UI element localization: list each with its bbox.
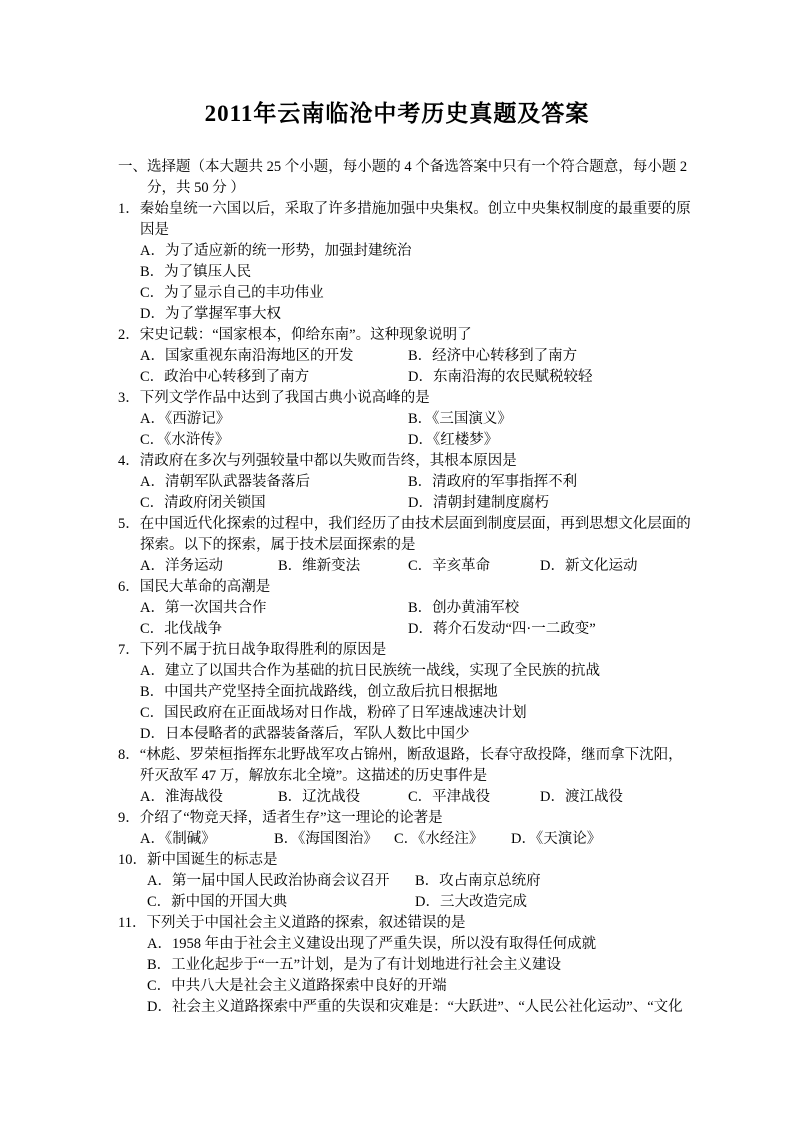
option-row: A．国家重视东南沿海地区的开发B．经济中心转移到了南方 — [118, 346, 704, 367]
option-row: C．《水浒传》D．《红楼梦》 — [118, 430, 704, 451]
question: 4．清政府在多次与列强较量中都以失败而告终，其根本原因是A．清朝军队武器装备落后… — [118, 451, 704, 514]
question-number: 6． — [118, 579, 140, 595]
question: 5．在中国近代化探索的过程中，我们经历了由技术层面到制度层面，再到思想文化层面的… — [118, 514, 704, 577]
option-item: B．《海国图治》 — [274, 829, 394, 850]
option-row: D．日本侵略者的武器装备落后，军队人数比中国少 — [118, 724, 704, 745]
question-stem-line: 5．在中国近代化探索的过程中，我们经历了由技术层面到制度层面，再到思想文化层面的 — [118, 514, 704, 535]
option-item: A．《西游记》 — [140, 409, 408, 430]
option-item: C．为了显示自己的丰功伟业 — [140, 283, 704, 304]
question-number: 7． — [118, 642, 140, 658]
option-row: A．为了适应新的统一形势，加强封建统治 — [118, 241, 704, 262]
question-stem-line: 9．介绍了“物竞天择，适者生存”这一理论的论著是 — [118, 808, 704, 829]
question-number: 2． — [118, 327, 140, 343]
option-item: D．为了掌握军事大权 — [140, 304, 704, 325]
section-heading-line: 一、选择题（本大题共 25 个小题，每小题的 4 个备选答案中只有一个符合题意，… — [118, 157, 704, 178]
option-item: B．创办黄浦军校 — [408, 598, 704, 619]
option-item: D．《红楼梦》 — [408, 430, 704, 451]
option-item: D．《天演论》 — [511, 829, 704, 850]
option-item: A．第一次国共合作 — [140, 598, 408, 619]
question-stem-text: 在中国近代化探索的过程中，我们经历了由技术层面到制度层面，再到思想文化层面的 — [140, 516, 691, 532]
option-item: C．北伐战争 — [140, 619, 408, 640]
question-stem-line: 7．下列不属于抗日战争取得胜利的原因是 — [118, 640, 704, 661]
question: 6．国民大革命的高潮是A．第一次国共合作B．创办黄浦军校C．北伐战争D．蒋介石发… — [118, 577, 704, 640]
question-stem-text: 下列关于中国社会主义道路的探索，叙述错误的是 — [146, 915, 465, 931]
option-item: A．淮海战役 — [140, 787, 278, 808]
question: 10．新中国诞生的标志是A．第一届中国人民政治协商会议召开B．攻占南京总统府C．… — [118, 850, 704, 913]
option-row: B．中国共产党坚持全面抗战路线，创立敌后抗日根据地 — [118, 682, 704, 703]
option-row: C．为了显示自己的丰功伟业 — [118, 283, 704, 304]
question-number: 11． — [118, 915, 146, 931]
option-item: B．《三国演义》 — [408, 409, 704, 430]
option-row: A．建立了以国共合作为基础的抗日民族统一战线，实现了全民族的抗战 — [118, 661, 704, 682]
question-stem-text: 宋史记载：“国家根本，仰给东南”。这种现象说明了 — [140, 327, 472, 343]
question-stem-line: 探索。以下的探索，属于技术层面探索的是 — [118, 535, 704, 556]
question-stem-line: 4．清政府在多次与列强较量中都以失败而告终，其根本原因是 — [118, 451, 704, 472]
question: 9．介绍了“物竞天择，适者生存”这一理论的论著是A．《制碱》B．《海国图治》C．… — [118, 808, 704, 850]
option-item: A．建立了以国共合作为基础的抗日民族统一战线，实现了全民族的抗战 — [140, 661, 704, 682]
question-stem-line: 6．国民大革命的高潮是 — [118, 577, 704, 598]
option-item: D．社会主义道路探索中严重的失误和灾难是：“大跃进”、“人民公社化运动”、“文化 — [147, 997, 704, 1018]
option-item: C．《水浒传》 — [140, 430, 408, 451]
question-number: 10． — [118, 852, 147, 868]
question-stem-text: 清政府在多次与列强较量中都以失败而告终，其根本原因是 — [140, 453, 517, 469]
question-stem-line: 歼灭敌军 47 万，解放东北全境”。这描述的历史事件是 — [118, 766, 704, 787]
option-item: A．国家重视东南沿海地区的开发 — [140, 346, 408, 367]
question-stem-line: 10．新中国诞生的标志是 — [118, 850, 704, 871]
option-item: B．中国共产党坚持全面抗战路线，创立敌后抗日根据地 — [140, 682, 704, 703]
question: 11．下列关于中国社会主义道路的探索，叙述错误的是A．1958 年由于社会主义建… — [118, 913, 704, 1018]
option-row: A．1958 年由于社会主义建设出现了严重失误，所以没有取得任何成就 — [118, 934, 704, 955]
option-row: C．新中国的开国大典D．三大改造完成 — [118, 892, 704, 913]
option-item: A．为了适应新的统一形势，加强封建统治 — [140, 241, 704, 262]
option-row: A．第一次国共合作B．创办黄浦军校 — [118, 598, 704, 619]
section-heading: 一、选择题（本大题共 25 个小题，每小题的 4 个备选答案中只有一个符合题意，… — [118, 157, 704, 199]
page-title: 2011年云南临沧中考历史真题及答案 — [0, 0, 794, 128]
option-item: B．攻占南京总统府 — [415, 871, 704, 892]
question-stem-text: 新中国诞生的标志是 — [147, 852, 278, 868]
option-row: A．《制碱》B．《海国图治》C．《水经注》D．《天演论》 — [118, 829, 704, 850]
question: 2．宋史记载：“国家根本，仰给东南”。这种现象说明了A．国家重视东南沿海地区的开… — [118, 325, 704, 388]
question-stem-line: 8．“林彪、罗荣桓指挥东北野战军攻占锦州，断敌退路，长春守敌投降，继而拿下沈阳， — [118, 745, 704, 766]
question-stem-line: 11．下列关于中国社会主义道路的探索，叙述错误的是 — [118, 913, 704, 934]
question: 8．“林彪、罗荣桓指挥东北野战军攻占锦州，断敌退路，长春守敌投降，继而拿下沈阳，… — [118, 745, 704, 808]
option-row: C．清政府闭关锁国D．清朝封建制度腐朽 — [118, 493, 704, 514]
option-row: A．《西游记》B．《三国演义》 — [118, 409, 704, 430]
question-number: 1． — [118, 201, 140, 217]
option-item: C．中共八大是社会主义道路探索中良好的开端 — [147, 976, 704, 997]
question-stem-text: 介绍了“物竞天择，适者生存”这一理论的论著是 — [140, 810, 443, 826]
question-stem-text: “林彪、罗荣桓指挥东北野战军攻占锦州，断敌退路，长春守敌投降，继而拿下沈阳， — [140, 747, 683, 763]
question: 7．下列不属于抗日战争取得胜利的原因是A．建立了以国共合作为基础的抗日民族统一战… — [118, 640, 704, 745]
option-item: B．工业化起步于“一五”计划，是为了有计划地进行社会主义建设 — [147, 955, 704, 976]
option-item: D．日本侵略者的武器装备落后，军队人数比中国少 — [140, 724, 704, 745]
option-item: B．清政府的军事指挥不利 — [408, 472, 704, 493]
option-item: C．平津战役 — [408, 787, 540, 808]
question-stem-line: 2．宋史记载：“国家根本，仰给东南”。这种现象说明了 — [118, 325, 704, 346]
option-item: C．清政府闭关锁国 — [140, 493, 408, 514]
option-row: A．洋务运动B．维新变法C．辛亥革命D．新文化运动 — [118, 556, 704, 577]
option-row: A．淮海战役B．辽沈战役C．平津战役D．渡江战役 — [118, 787, 704, 808]
option-item: D．蒋介石发动“四·一二政变” — [408, 619, 704, 640]
option-item: B．辽沈战役 — [278, 787, 408, 808]
question-number: 5． — [118, 516, 140, 532]
question: 1．秦始皇统一六国以后，采取了许多措施加强中央集权。创立中央集权制度的最重要的原… — [118, 199, 704, 325]
option-item: B．为了镇压人民 — [140, 262, 704, 283]
question-number: 9． — [118, 810, 140, 826]
option-row: C．中共八大是社会主义道路探索中良好的开端 — [118, 976, 704, 997]
section-heading-line: 分，共 50 分 ） — [118, 178, 704, 199]
option-row: B．工业化起步于“一五”计划，是为了有计划地进行社会主义建设 — [118, 955, 704, 976]
document-page: 2011年云南临沧中考历史真题及答案 一、选择题（本大题共 25 个小题，每小题… — [0, 0, 794, 1123]
option-item: D．渡江战役 — [540, 787, 704, 808]
option-item: D．三大改造完成 — [415, 892, 704, 913]
question-stem-line: 因是 — [118, 220, 704, 241]
option-item: D．新文化运动 — [540, 556, 704, 577]
question-number: 8． — [118, 747, 140, 763]
option-row: C．政治中心转移到了南方D．东南沿海的农民赋税较轻 — [118, 367, 704, 388]
option-item: A．1958 年由于社会主义建设出现了严重失误，所以没有取得任何成就 — [147, 934, 704, 955]
option-row: C．北伐战争D．蒋介石发动“四·一二政变” — [118, 619, 704, 640]
option-item: B．经济中心转移到了南方 — [408, 346, 704, 367]
question-list: 1．秦始皇统一六国以后，采取了许多措施加强中央集权。创立中央集权制度的最重要的原… — [118, 199, 704, 1018]
option-item: C．新中国的开国大典 — [147, 892, 415, 913]
option-row: A．清朝军队武器装备落后B．清政府的军事指挥不利 — [118, 472, 704, 493]
question-stem-text: 下列不属于抗日战争取得胜利的原因是 — [140, 642, 387, 658]
option-row: D．为了掌握军事大权 — [118, 304, 704, 325]
question-stem-line: 1．秦始皇统一六国以后，采取了许多措施加强中央集权。创立中央集权制度的最重要的原 — [118, 199, 704, 220]
option-item: C．政治中心转移到了南方 — [140, 367, 408, 388]
question-stem-text: 国民大革命的高潮是 — [140, 579, 271, 595]
option-row: C．国民政府在正面战场对日作战，粉碎了日军速战速决计划 — [118, 703, 704, 724]
question-stem-text: 下列文学作品中达到了我国古典小说高峰的是 — [140, 390, 430, 406]
document-body: 一、选择题（本大题共 25 个小题，每小题的 4 个备选答案中只有一个符合题意，… — [118, 157, 704, 1018]
question-stem-line: 3．下列文学作品中达到了我国古典小说高峰的是 — [118, 388, 704, 409]
option-row: A．第一届中国人民政治协商会议召开B．攻占南京总统府 — [118, 871, 704, 892]
question-number: 4． — [118, 453, 140, 469]
option-item: C．《水经注》 — [394, 829, 511, 850]
option-item: C．国民政府在正面战场对日作战，粉碎了日军速战速决计划 — [140, 703, 704, 724]
question-stem-text: 秦始皇统一六国以后，采取了许多措施加强中央集权。创立中央集权制度的最重要的原 — [140, 201, 691, 217]
option-item: A．《制碱》 — [140, 829, 274, 850]
option-item: D．东南沿海的农民赋税较轻 — [408, 367, 704, 388]
option-row: D．社会主义道路探索中严重的失误和灾难是：“大跃进”、“人民公社化运动”、“文化 — [118, 997, 704, 1018]
option-item: B．维新变法 — [278, 556, 408, 577]
option-item: A．洋务运动 — [140, 556, 278, 577]
option-item: A．第一届中国人民政治协商会议召开 — [147, 871, 415, 892]
question: 3．下列文学作品中达到了我国古典小说高峰的是A．《西游记》B．《三国演义》C．《… — [118, 388, 704, 451]
option-item: C．辛亥革命 — [408, 556, 540, 577]
option-row: B．为了镇压人民 — [118, 262, 704, 283]
option-item: A．清朝军队武器装备落后 — [140, 472, 408, 493]
question-number: 3． — [118, 390, 140, 406]
option-item: D．清朝封建制度腐朽 — [408, 493, 704, 514]
